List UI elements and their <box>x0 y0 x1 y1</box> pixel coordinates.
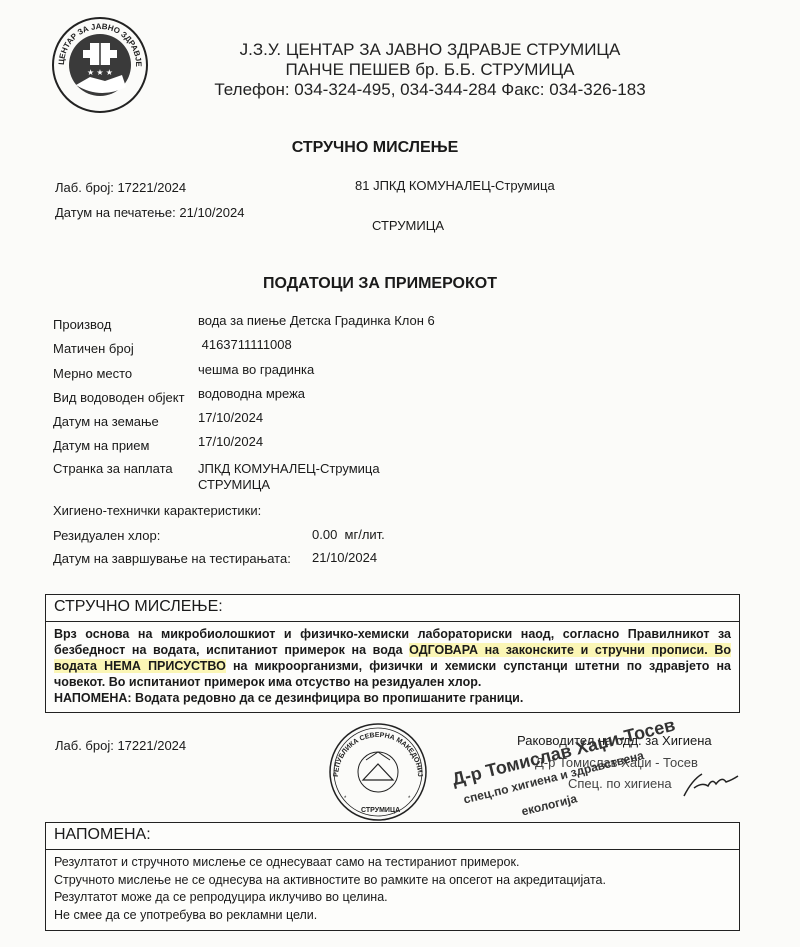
sample-value-location: чешма во градинка <box>198 362 314 377</box>
sample-label-receipt-date: Датум на прием <box>53 438 149 453</box>
institution-address: ПАНЧЕ ПЕШЕВ бр. Б.Б. СТРУМИЦА <box>150 60 710 80</box>
sample-value-receipt-date: 17/10/2024 <box>198 434 263 449</box>
signature-lab-number: Лаб. број: 17221/2024 <box>55 738 186 753</box>
sample-value-billing-city: СТРУМИЦА <box>198 477 270 492</box>
sample-value-facility-type: водоводна мрежа <box>198 386 305 401</box>
sample-label-reg-number: Матичен број <box>53 341 134 356</box>
opinion-absence: НЕМА ПРИСУСТВО <box>104 659 226 673</box>
sample-section-title: ПОДАТОЦИ ЗА ПРИМЕРОКОТ <box>0 275 760 293</box>
svg-text:РЕПУБЛИКА СЕВЕРНА МАКЕДОНИЈА: РЕПУБЛИКА СЕВЕРНА МАКЕДОНИЈА <box>328 722 423 777</box>
sample-value-sampling-date: 17/10/2024 <box>198 410 263 425</box>
signatory-specialty: Спец. по хигиена <box>568 776 672 791</box>
chlorine-value: 0.00 мг/лит. <box>312 527 385 542</box>
sample-label-facility-type: Вид водоводен објект <box>53 390 185 405</box>
note-line: Резултатот и стручното мислење се однесу… <box>54 854 731 872</box>
opinion-note-label: НАПОМЕНА: <box>54 691 132 705</box>
opinion-verdict: ОДГОВАРА <box>409 643 478 657</box>
print-date: Датум на печатење: 21/10/2024 <box>55 205 244 220</box>
svg-text:★ ★ ★: ★ ★ ★ <box>87 68 113 77</box>
svg-text:*: * <box>344 796 347 802</box>
note-line: Не смее да се употребува во рекламни цел… <box>54 907 731 925</box>
note-line: Резултатот може да се репродуцира иклучи… <box>54 889 731 907</box>
test-end-label: Датум на завршување на тестирањата: <box>53 551 291 566</box>
note-box: НАПОМЕНА: Резултатот и стручното мислење… <box>45 822 740 931</box>
opinion-box: СТРУЧНО МИСЛЕЊЕ: Врз основа на микробиол… <box>45 594 740 713</box>
sample-value-reg-number: 4163711111008 <box>198 337 292 352</box>
opinion-text: Врз основа на микробиолошкиот и физичко-… <box>46 622 739 712</box>
sample-value-billing-party: ЈПКД КОМУНАЛЕЦ-Струмица <box>198 461 380 476</box>
opinion-note-text: Водата редовно да се дезинфицира во проп… <box>132 691 524 705</box>
recipient-city: СТРУМИЦА <box>372 218 444 233</box>
sample-label-sampling-date: Датум на земање <box>53 414 159 429</box>
institution-logo: ★ ★ ★ ЦЕНТАР ЗА ЈАВНО ЗДРАВЈЕ <box>50 15 150 115</box>
lab-number: Лаб. број: 17221/2024 <box>55 180 186 195</box>
institution-name: Ј.З.У. ЦЕНТАР ЗА ЈАВНО ЗДРАВЈЕ СТРУМИЦА <box>150 40 710 60</box>
note-line: Стручното мислење не се однесува на акти… <box>54 872 731 890</box>
handwritten-signature <box>682 770 742 805</box>
hygiene-title: Хигиено-технички карактеристики: <box>53 503 261 518</box>
official-seal: РЕПУБЛИКА СЕВЕРНА МАКЕДОНИЈА СТРУМИЦА * … <box>328 722 428 822</box>
note-heading: НАПОМЕНА: <box>46 823 739 850</box>
chlorine-label: Резидуален хлор: <box>53 528 160 543</box>
sample-label-billing-party: Странка за наплата <box>53 461 173 476</box>
recipient-name: 81 ЈПКД КОМУНАЛЕЦ-Струмица <box>355 178 555 193</box>
sample-value-product: вода за пиење Детска Градинка Клон 6 <box>198 313 435 328</box>
svg-text:СТРУМИЦА: СТРУМИЦА <box>361 807 400 814</box>
institution-contact: Телефон: 034-324-495, 034-344-284 Факс: … <box>150 80 710 100</box>
opinion-heading: СТРУЧНО МИСЛЕЊЕ: <box>46 595 739 622</box>
name-stamp-line3: екологија <box>520 791 578 818</box>
test-end-value: 21/10/2024 <box>312 550 377 565</box>
note-body: Резултатот и стручното мислење се однесу… <box>46 850 739 930</box>
document-title: СТРУЧНО МИСЛЕЊЕ <box>0 139 750 157</box>
sample-label-location: Мерно место <box>53 366 132 381</box>
sample-label-product: Производ <box>53 317 111 332</box>
